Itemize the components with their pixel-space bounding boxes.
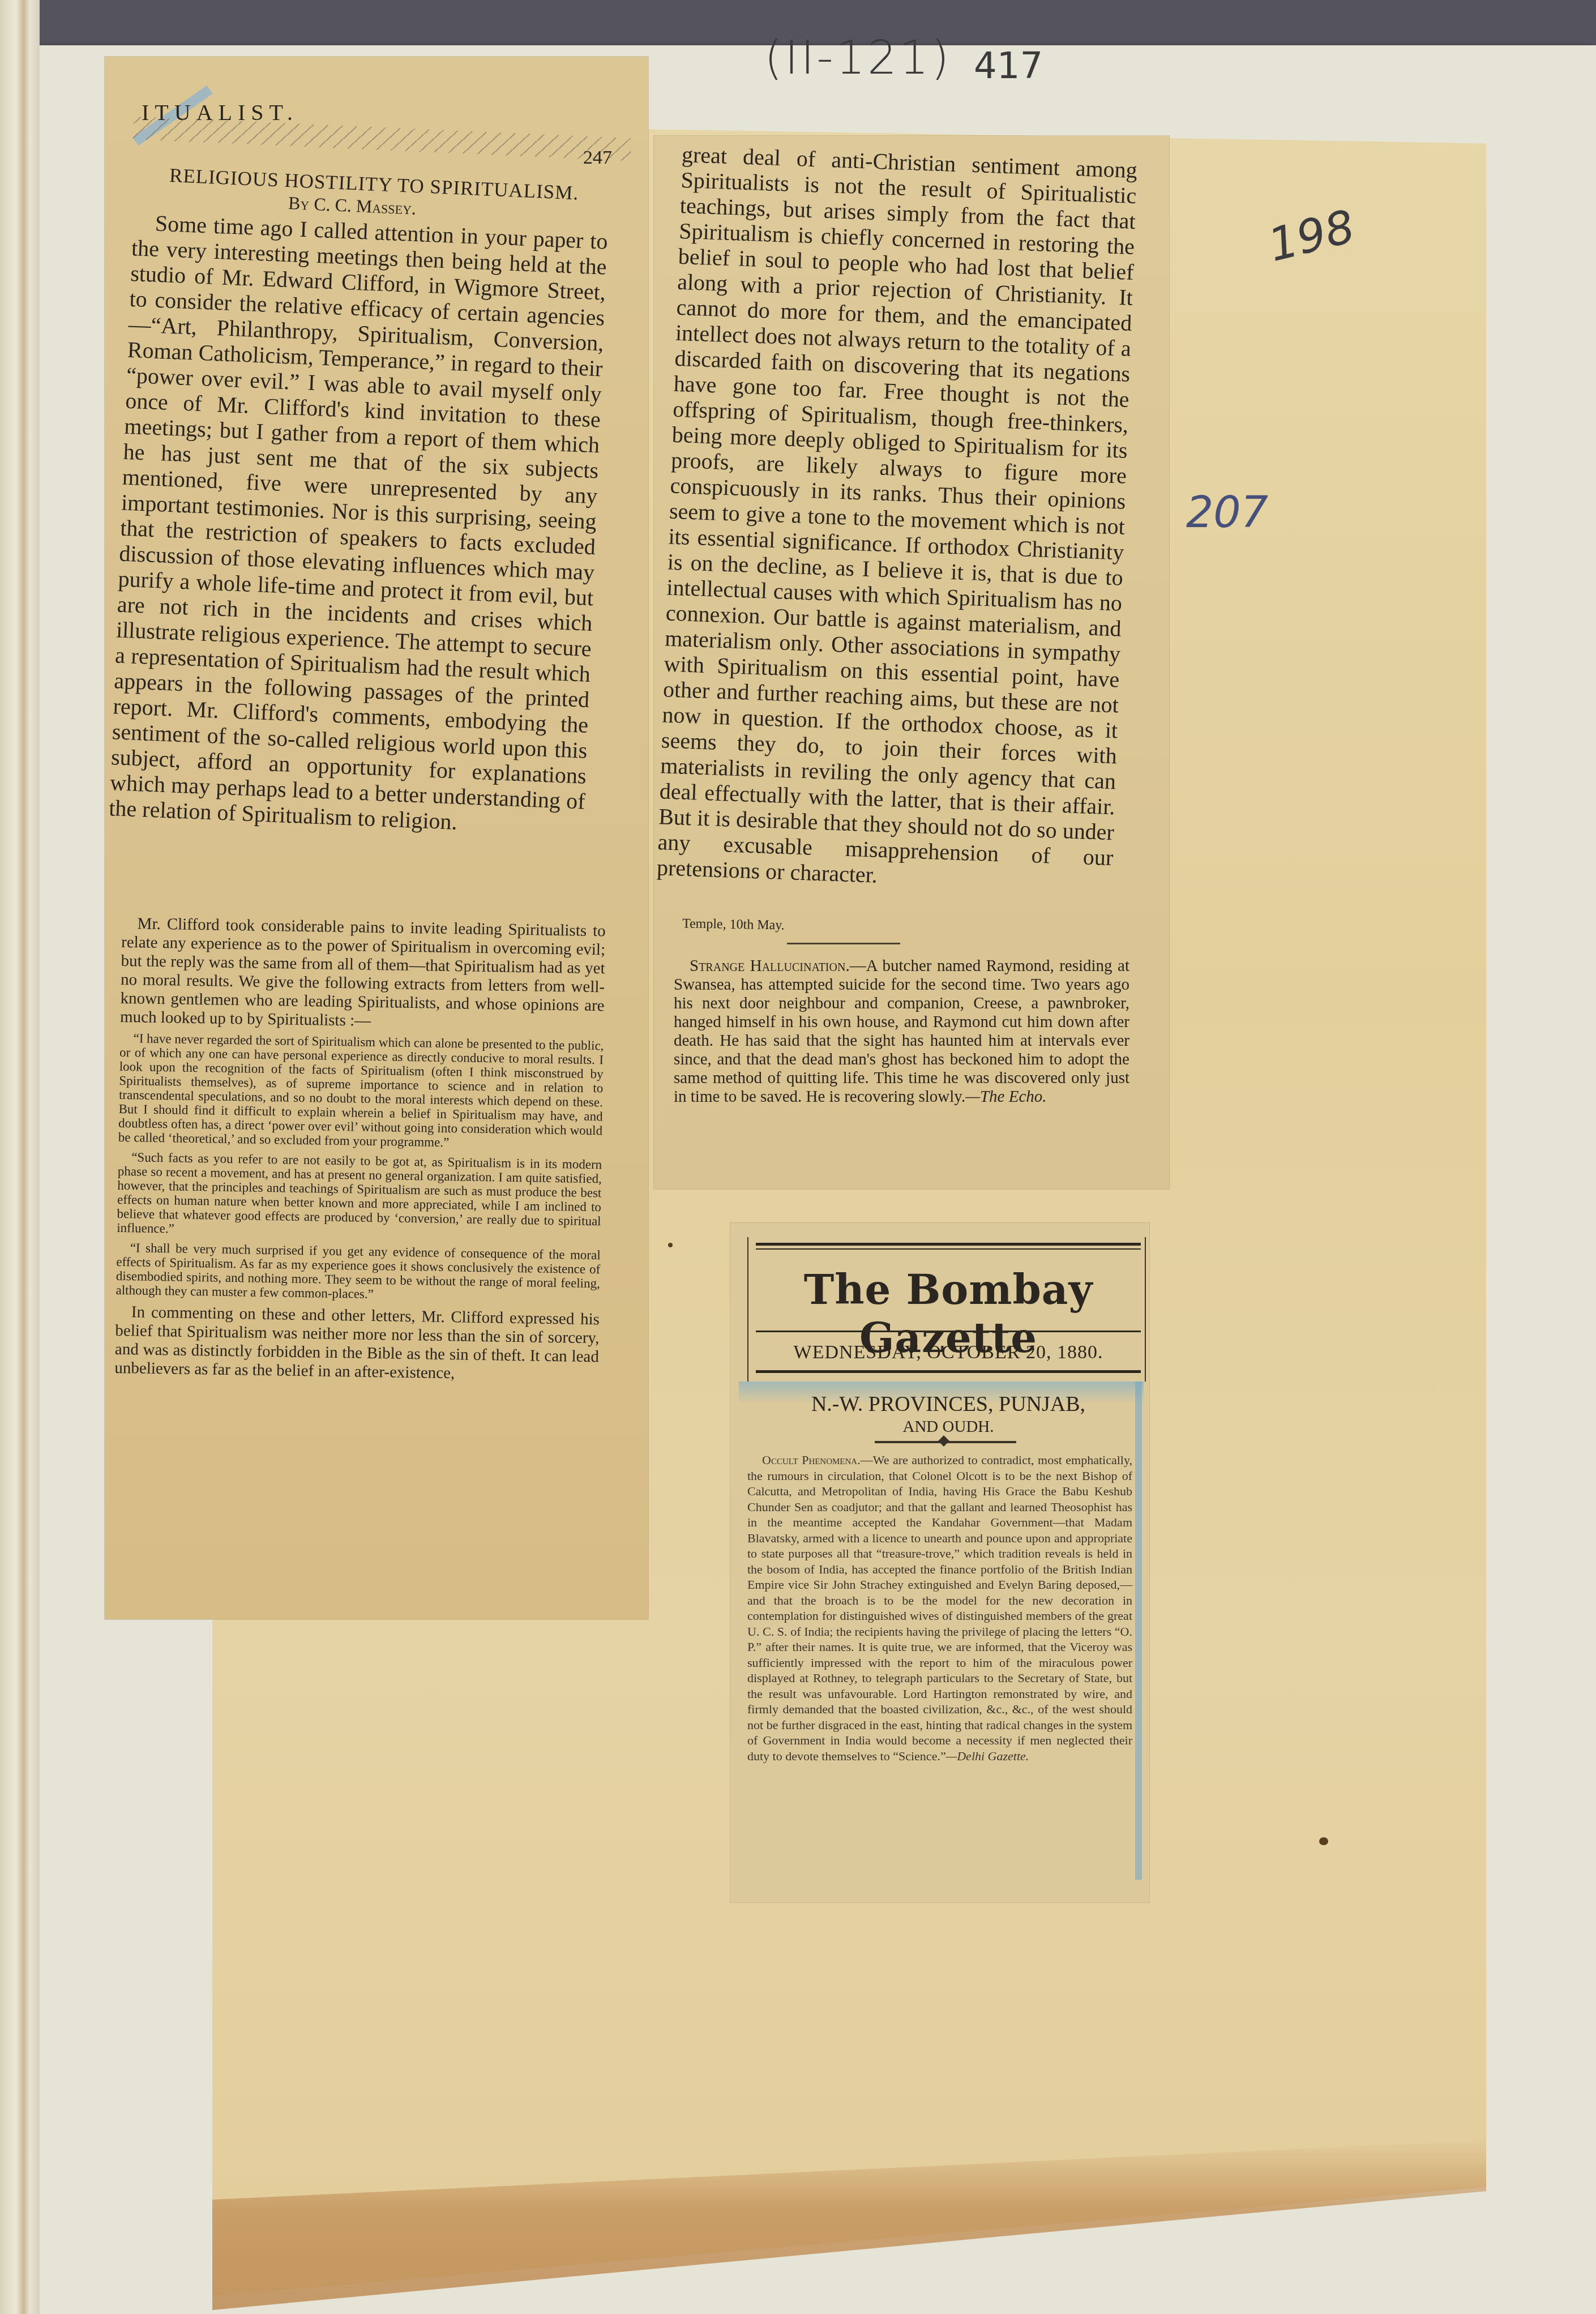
paragraph: In commenting on these and other letters… (114, 1303, 600, 1385)
newspaper-date: WEDNESDAY, OCTOBER 20, 1880. (753, 1342, 1144, 1363)
news-item-strange-hallucination: Strange Hallucination.—A butcher named R… (674, 957, 1129, 1106)
masthead-rule-top-thin (756, 1248, 1141, 1250)
news-item-occult-phenomena: Occult Phenomena.—We are authorized to c… (747, 1452, 1132, 1764)
ink-spot (1319, 1837, 1328, 1845)
paragraph: Mr. Clifford took considerable pains to … (120, 914, 606, 1034)
section-heading: N.-W. PROVINCES, PUNJAB, AND OUDH. (753, 1393, 1144, 1438)
item-title: Strange Hallucination. (690, 957, 850, 975)
reference-mark: (II-121) (764, 31, 951, 85)
blue-pencil-edge (1135, 1381, 1142, 1880)
section-title: N.-W. PROVINCES, PUNJAB, (753, 1393, 1144, 1415)
article-body-large: Some time ago I called attention in your… (109, 209, 609, 840)
paragraph: Some time ago I called attention in your… (109, 209, 609, 840)
item-body: —We are authorized to contradict, most e… (747, 1453, 1132, 1763)
item-title: Occult Phenomena. (762, 1453, 861, 1467)
item-source: —The Echo. (965, 1088, 1046, 1106)
item-body: —A butcher named Raymond, residing at Sw… (674, 957, 1129, 1106)
quoted-letter: “I have never regarded the sort of Spiri… (118, 1031, 604, 1152)
masthead-rule-top (756, 1243, 1141, 1246)
letter-extracts: “I have never regarded the sort of Spiri… (115, 1031, 604, 1304)
masthead-rule-mid (756, 1331, 1141, 1332)
section-subtitle: AND OUDH. (753, 1415, 1144, 1438)
masthead-rule-bottom (756, 1370, 1141, 1373)
item-source: —Delhi Gazette. (946, 1749, 1029, 1763)
quoted-letter: “Such facts as you refer to are not easi… (117, 1150, 602, 1242)
divider (787, 943, 900, 944)
article-continuation: great deal of anti-Christian sentiment a… (656, 142, 1137, 896)
page-number-annotation: 417 (974, 45, 1043, 87)
printed-page-number: 247 (583, 147, 612, 169)
album-spine (0, 0, 40, 2314)
article-signoff: Temple, 10th May. (682, 916, 785, 933)
folio-ink-annotation: 207 (1186, 487, 1268, 537)
article-body-small: Mr. Clifford took considerable pains to … (114, 914, 606, 1389)
paragraph: great deal of anti-Christian sentiment a… (656, 142, 1137, 896)
quoted-letter: “I shall be very much surprised if you g… (115, 1241, 600, 1304)
ink-spot (668, 1243, 673, 1247)
